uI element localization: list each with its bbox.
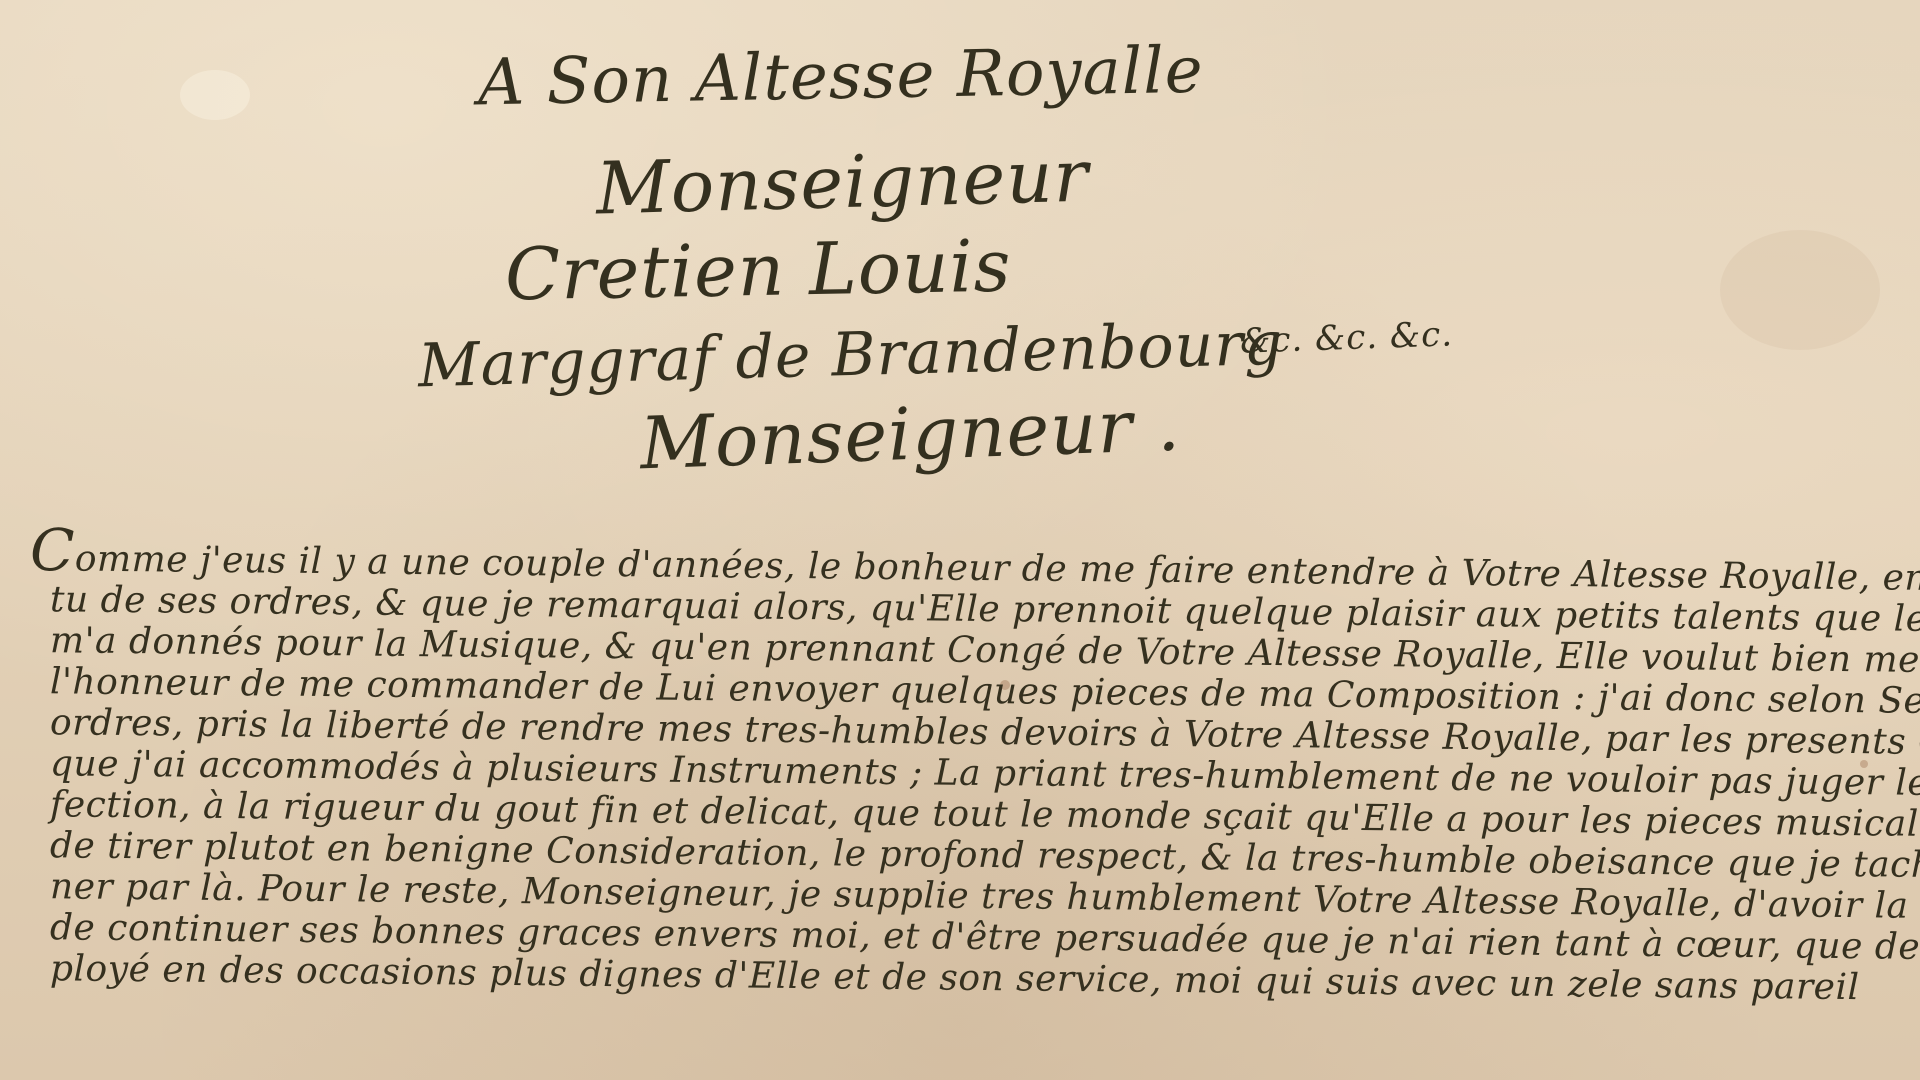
dedication-title: Monseigneur (595, 134, 1090, 231)
paper-stain (1720, 230, 1880, 350)
dedication-heading: A Son Altesse Royalle (477, 34, 1204, 121)
paper-stain (180, 70, 250, 120)
letter-body: Comme j'eus il y a une couple d'années, … (30, 530, 1920, 989)
et-cetera-abbreviation: &c. &c. &c. (1239, 314, 1453, 361)
dedicatee-name: Cretien Louis (504, 224, 1012, 317)
salutation: Monseigneur . (639, 383, 1182, 486)
manuscript-page: A Son Altesse Royalle Monseigneur Cretie… (0, 0, 1920, 1080)
